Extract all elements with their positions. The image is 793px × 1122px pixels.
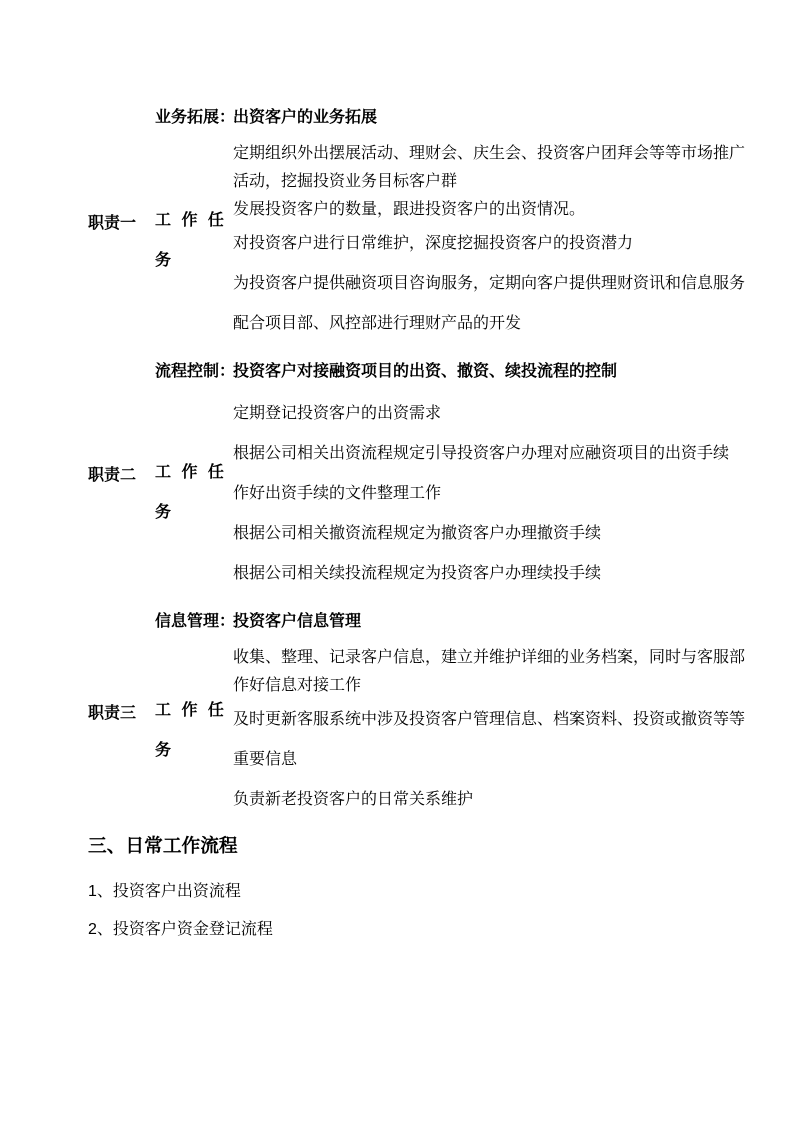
duty-item-text: 负责新老投资客户的日常关系维护 xyxy=(233,780,745,820)
category-label: 流程控制： xyxy=(155,358,233,386)
category-header: 业务拓展： 出资客户的业务拓展 xyxy=(155,104,745,132)
duty-content-cell: 信息管理： 投资客户信息管理 收集、整理、记录客户信息，建立并维护详细的业务档案… xyxy=(233,608,745,820)
category-title: 投资客户对接融资项目的出资、撤资、续投流程的控制 xyxy=(233,358,745,386)
duty-item-text: 配合项目部、风控部进行理财产品的开发 xyxy=(233,304,745,344)
task-label-cell: 工 作 任 务 xyxy=(155,608,233,820)
document-page: 职责一 工 作 任 务 业务拓展： 出资客户的业务拓展 定期组织外出摆展活动、理… xyxy=(0,0,793,1122)
duty-item-text: 对投资客户进行日常维护，深度挖掘投资客户的投资潜力 xyxy=(233,224,745,264)
duty-number-label: 职责一 xyxy=(88,204,136,244)
duty-item-text: 根据公司相关出资流程规定引导投资客户办理对应融资项目的出资手续 xyxy=(233,434,745,474)
duty-number-label: 职责三 xyxy=(88,694,136,734)
duty-items: 定期登记投资客户的出资需求根据公司相关出资流程规定引导投资客户办理对应融资项目的… xyxy=(233,394,745,594)
duty-content-cell: 流程控制： 投资客户对接融资项目的出资、撤资、续投流程的控制 定期登记投资客户的… xyxy=(233,358,745,594)
category-title: 投资客户信息管理 xyxy=(233,608,745,636)
duty-item-text: 定期登记投资客户的出资需求 xyxy=(233,394,745,434)
task-label: 工 作 任 务 xyxy=(155,453,227,533)
duty-item-text: 根据公司相关撤资流程规定为撤资客户办理撤资手续 xyxy=(233,514,745,554)
duty-table: 职责一 工 作 任 务 业务拓展： 出资客户的业务拓展 定期组织外出摆展活动、理… xyxy=(88,104,745,820)
flow-list-item: 2、投资客户资金登记流程 xyxy=(88,916,745,944)
task-label: 工 作 任 务 xyxy=(155,691,227,771)
task-label: 工 作 任 务 xyxy=(155,201,227,281)
duty-number-label: 职责二 xyxy=(88,456,136,496)
task-label-cell: 工 作 任 务 xyxy=(155,104,233,344)
duty-items: 收集、整理、记录客户信息，建立并维护详细的业务档案，同时与客服部作好信息对接工作… xyxy=(233,644,745,820)
duty-row: 职责三 工 作 任 务 信息管理： 投资客户信息管理 收集、整理、记录客户信息，… xyxy=(88,608,745,820)
duty-item-text: 定期组织外出摆展活动、理财会、庆生会、投资客户团拜会等等市场推广活动，挖掘投资业… xyxy=(233,140,745,196)
duty-item-text: 为投资客户提供融资项目咨询服务，定期向客户提供理财资讯和信息服务 xyxy=(233,264,745,304)
duty-number-cell: 职责三 xyxy=(88,608,155,820)
duty-item-text: 作好出资手续的文件整理工作 xyxy=(233,474,745,514)
category-header: 流程控制： 投资客户对接融资项目的出资、撤资、续投流程的控制 xyxy=(155,358,745,386)
category-header: 信息管理： 投资客户信息管理 xyxy=(155,608,745,636)
duty-number-cell: 职责一 xyxy=(88,104,155,344)
section-heading: 三、日常工作流程 xyxy=(88,832,745,860)
flow-list: 1、投资客户出资流程2、投资客户资金登记流程 xyxy=(88,878,745,944)
duty-item-text: 及时更新客服系统中涉及投资客户管理信息、档案资料、投资或撤资等等重要信息 xyxy=(233,700,745,780)
flow-list-item: 1、投资客户出资流程 xyxy=(88,878,745,906)
task-label-cell: 工 作 任 务 xyxy=(155,358,233,594)
duty-content-cell: 业务拓展： 出资客户的业务拓展 定期组织外出摆展活动、理财会、庆生会、投资客户团… xyxy=(233,104,745,344)
duty-item-text: 收集、整理、记录客户信息，建立并维护详细的业务档案，同时与客服部作好信息对接工作 xyxy=(233,644,745,700)
category-title: 出资客户的业务拓展 xyxy=(233,104,745,132)
category-label: 业务拓展： xyxy=(155,104,233,132)
duty-row: 职责一 工 作 任 务 业务拓展： 出资客户的业务拓展 定期组织外出摆展活动、理… xyxy=(88,104,745,344)
duty-row: 职责二 工 作 任 务 流程控制： 投资客户对接融资项目的出资、撤资、续投流程的… xyxy=(88,358,745,594)
duty-number-cell: 职责二 xyxy=(88,358,155,594)
duty-item-text: 根据公司相关续投流程规定为投资客户办理续投手续 xyxy=(233,554,745,594)
category-label: 信息管理： xyxy=(155,608,233,636)
duty-items: 定期组织外出摆展活动、理财会、庆生会、投资客户团拜会等等市场推广活动，挖掘投资业… xyxy=(233,140,745,344)
duty-item-text: 发展投资客户的数量，跟进投资客户的出资情况。 xyxy=(233,196,745,224)
